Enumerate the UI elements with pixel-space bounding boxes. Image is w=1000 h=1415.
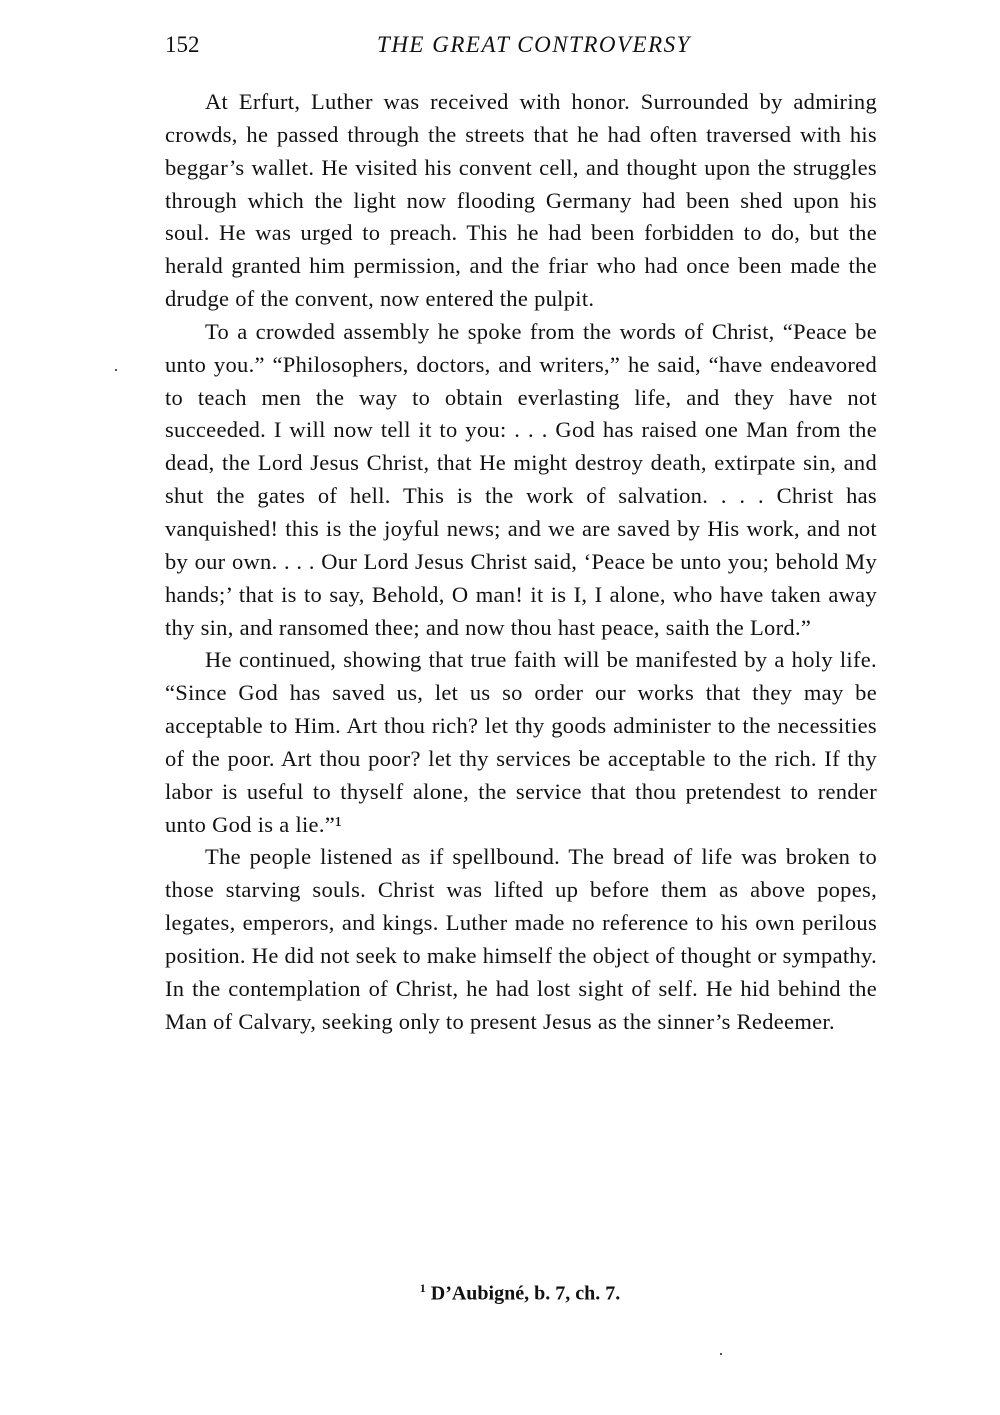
scan-speck [115,369,117,371]
scan-speck [720,1353,722,1355]
paragraph: He continued, showing that true faith wi… [165,644,877,841]
footnote-text: D’Aubigné, b. 7, ch. 7. [431,1283,620,1305]
page-body: At Erfurt, Luther was received with hono… [165,86,877,1038]
page-header: 152 THE GREAT CONTROVERSY [165,32,877,66]
running-title: THE GREAT CONTROVERSY [165,32,877,58]
paragraph: The people listened as if spellbound. Th… [165,841,877,1038]
footnote-marker: 1 [420,1281,426,1295]
footnote: 1 D’Aubigné, b. 7, ch. 7. [0,1281,1000,1306]
paragraph: To a crowded assembly he spoke from the … [165,316,877,644]
paragraph: At Erfurt, Luther was received with hono… [165,86,877,316]
book-page: 152 THE GREAT CONTROVERSY At Erfurt, Lut… [0,0,1000,1415]
